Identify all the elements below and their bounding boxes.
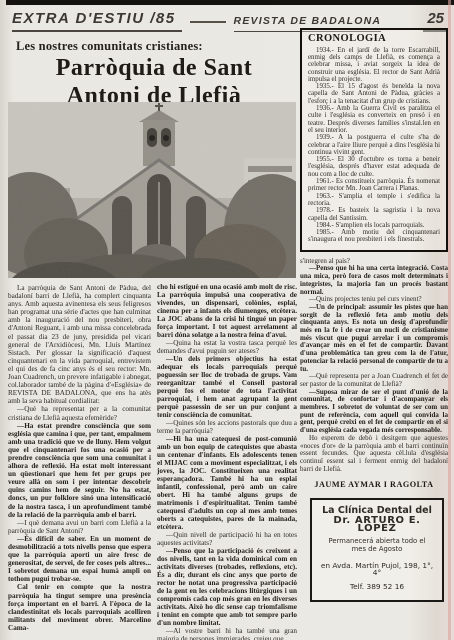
chronology-entry: 1935.- El 15 d'agost és beneïda la nova … bbox=[308, 83, 440, 105]
article-paragraph: Ho esperem de debò i desitgem que aquest… bbox=[300, 435, 448, 474]
chronology-title: CRONOLOGIA bbox=[308, 35, 440, 43]
chronology-entry: 1955.- El 30 d'octubre es torna a beneir… bbox=[308, 156, 440, 178]
interview-question: —Quines són les accions pastorals que du… bbox=[157, 419, 297, 435]
chronology-entry: 1961.- Es constitueix parròquia. És nome… bbox=[308, 178, 440, 193]
interview-question: —Al vostre barri hi ha també una gran ma… bbox=[157, 627, 297, 640]
article-title-line-1: Parròquia de Sant bbox=[8, 54, 300, 82]
article-paragraph: La parròquia de Sant Antoni de Pàdua, de… bbox=[8, 284, 151, 405]
interview-answer: —Hi ha una catequesi de post-comunió amb… bbox=[157, 435, 297, 531]
ad-notice: Permanecerá abierta todo el mes de Agost… bbox=[317, 537, 437, 553]
chronology-entry: 1978.- Es basteix la sagristia i la nova… bbox=[308, 207, 440, 222]
dental-clinic-ad: La Clínica Dental del Dr. ARTURO E. LOPE… bbox=[310, 498, 444, 602]
issue-title: EXTRA D'ESTIU /85 bbox=[12, 10, 182, 32]
interview-answer: Cal tenir en compte que la nostra parròq… bbox=[8, 583, 151, 632]
church-photo-illustration bbox=[8, 102, 296, 278]
chronology-entry: 1939.- A la postguerra el culte s'ha de … bbox=[308, 134, 440, 156]
article-kicker: Les nostres comunitats cristianes: bbox=[16, 39, 203, 54]
chronology-entry: 1985.- Amb motiu del cinquantenari s'ina… bbox=[308, 229, 440, 244]
ad-title-line-1: La Clínica Dental del bbox=[317, 507, 437, 515]
article-column-right: CRONOLOGIA 1934.- En el jardí de la torr… bbox=[300, 28, 448, 602]
interview-answer: —Ha estat prendre consciència que som es… bbox=[8, 422, 151, 519]
interview-answer: —Penso que hi ha una certa integració. C… bbox=[300, 265, 448, 296]
scan-right-edge bbox=[448, 0, 451, 640]
interview-answer: —Suposa mirar de ser el punt d'unió de l… bbox=[300, 389, 448, 435]
scanned-magazine-page: { "header": { "left": "EXTRA D'ESTIU /85… bbox=[0, 0, 454, 640]
interview-answer: cho hi estigué en una ocasió amb molt de… bbox=[157, 283, 297, 339]
interview-answer: —Penso que la participació és creixent a… bbox=[157, 547, 297, 627]
ad-title-line-2: Dr. ARTURO E. LOPEZ bbox=[317, 517, 437, 532]
interview-answer: —Un dels primers objectius ha estat adeq… bbox=[157, 355, 297, 419]
ad-phone: Telf. 389 52 16 bbox=[317, 583, 437, 591]
interview-question: —Quin nivell de participació hi ha en to… bbox=[157, 531, 297, 547]
article-column-left: La parròquia de Sant Antoni de Pàdua, de… bbox=[8, 284, 151, 632]
chronology-entry: 1984.- S'amplien els locals parroquials. bbox=[308, 222, 440, 229]
author-signature: JAUME AYMAR I RAGOLTA bbox=[300, 481, 448, 489]
church-photo bbox=[8, 102, 296, 278]
header-rule bbox=[190, 21, 226, 23]
chronology-box: CRONOLOGIA 1934.- En el jardí de la torr… bbox=[300, 28, 448, 252]
scan-top-edge bbox=[6, 0, 454, 5]
interview-question: —Què ha representat per a la comunitat c… bbox=[8, 405, 151, 421]
interview-question: —Quina ha estat la vostra tasca perquè l… bbox=[157, 339, 297, 355]
chronology-entry: 1934.- En el jardí de la torre Escarrabi… bbox=[308, 47, 440, 83]
interview-question: —Què representa per a Joan Cuadrench el … bbox=[300, 373, 448, 388]
interview-question: —I què demana avui un barri com Llefià a… bbox=[8, 519, 151, 535]
article-column-middle: cho hi estigué en una ocasió amb molt de… bbox=[157, 283, 297, 640]
chronology-entry: 1936.- Amb la Guerra Civil es paralitza … bbox=[308, 105, 440, 134]
ad-address: en Avda. Martín Pujol, 198, 1°, 4° bbox=[317, 562, 437, 577]
interview-answer: —És difícil de saber. En un moment de de… bbox=[8, 535, 151, 584]
interview-answer: —Un de principal: assumir les pistes que… bbox=[300, 304, 448, 373]
chronology-entry: 1963.- S'amplia el temple i s'edifica la… bbox=[308, 193, 440, 208]
